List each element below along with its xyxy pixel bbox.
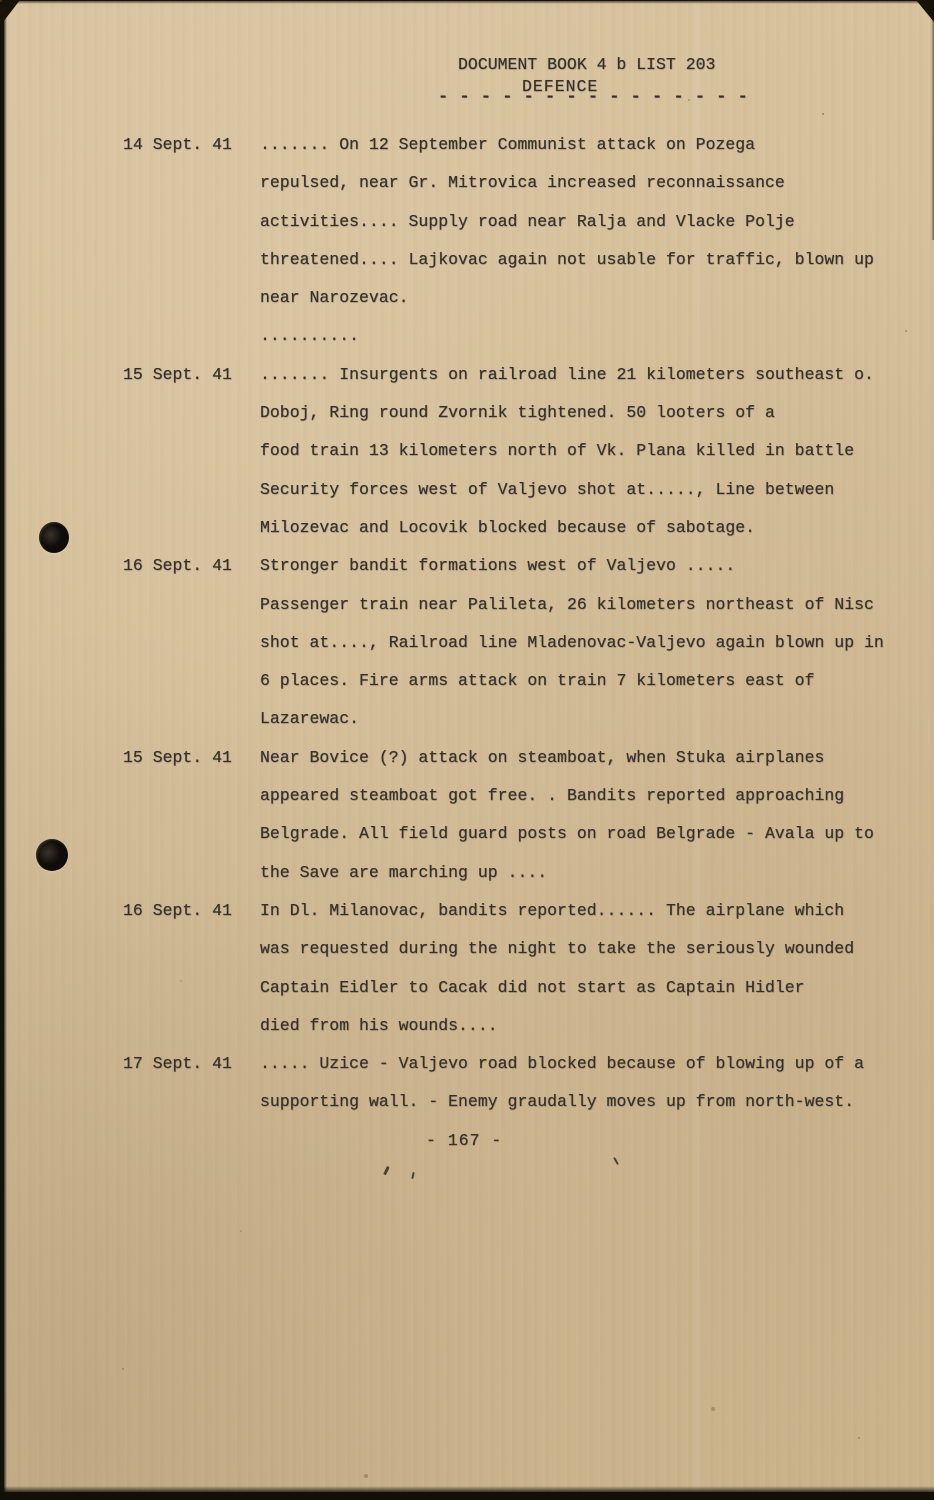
entry-line: supporting wall. - Enemy graudally moves…: [260, 1083, 920, 1121]
entry-line: Milozevac and Locovik blocked because of…: [260, 509, 920, 547]
entry-line: repulsed, near Gr. Mitrovica increased r…: [260, 164, 920, 202]
log-entry: 16 Sept. 41 In Dl. Milanovac, bandits re…: [260, 892, 920, 1045]
entry-line: ..........: [260, 317, 920, 355]
entry-date: 16 Sept. 41: [123, 892, 232, 930]
entry-lines: ....... On 12 September Communist attack…: [260, 126, 920, 356]
entry-line: Passenger train near Palileta, 26 kilome…: [260, 586, 920, 624]
entry-line: ....... Insurgents on railroad line 21 k…: [260, 356, 920, 394]
scan-edge-top: [0, 0, 934, 4]
header-separator: - - - - - - - - - - - - - - -: [438, 88, 748, 107]
entry-line: died from his wounds....: [260, 1007, 920, 1045]
entry-line: activities.... Supply road near Ralja an…: [260, 203, 920, 241]
entry-line: was requested during the night to take t…: [260, 930, 920, 968]
log-entry: 16 Sept. 41 Stronger bandit formations w…: [260, 547, 920, 738]
entry-line: Stronger bandit formations west of Valje…: [260, 547, 920, 585]
entry-line: Belgrade. All field guard posts on road …: [260, 815, 920, 853]
paper-texture: [0, 0, 2, 2]
log-entry: 17 Sept. 41 ..... Uzice - Valjevo road b…: [260, 1045, 920, 1122]
entry-date: 15 Sept. 41: [123, 356, 232, 394]
punch-hole: [36, 839, 68, 871]
entry-line: Doboj, Ring round Zvornik tightened. 50 …: [260, 394, 920, 432]
entry-line: food train 13 kilometers north of Vk. Pl…: [260, 432, 920, 470]
entry-lines: ..... Uzice - Valjevo road blocked becau…: [260, 1045, 920, 1122]
entry-line: Near Bovice (?) attack on steamboat, whe…: [260, 739, 920, 777]
entry-line: appeared steamboat got free. . Bandits r…: [260, 777, 920, 815]
entry-line: Security forces west of Valjevo shot at.…: [260, 471, 920, 509]
entry-lines: Near Bovice (?) attack on steamboat, whe…: [260, 739, 920, 892]
scan-edge-bottom: [0, 1486, 934, 1500]
entry-date: 17 Sept. 41: [123, 1045, 232, 1083]
entry-line: near Narozevac.: [260, 279, 920, 317]
log-entries: 14 Sept. 41 ....... On 12 September Comm…: [260, 126, 920, 1122]
entry-line: 6 places. Fire arms attack on train 7 ki…: [260, 662, 920, 700]
scan-edge-left: [0, 0, 7, 1500]
entry-date: 16 Sept. 41: [123, 547, 232, 585]
entry-lines: ....... Insurgents on railroad line 21 k…: [260, 356, 920, 547]
log-entry: 14 Sept. 41 ....... On 12 September Comm…: [260, 126, 920, 356]
punch-hole: [39, 522, 69, 553]
entry-line: the Save are marching up ....: [260, 854, 920, 892]
entry-date: 14 Sept. 41: [123, 126, 232, 164]
entry-lines: Stronger bandit formations west of Valje…: [260, 547, 920, 738]
page-number: - 167 -: [426, 1131, 502, 1150]
entry-line: ..... Uzice - Valjevo road blocked becau…: [260, 1045, 920, 1083]
entry-line: In Dl. Milanovac, bandits reported......…: [260, 892, 920, 930]
entry-lines: In Dl. Milanovac, bandits reported......…: [260, 892, 920, 1045]
entry-line: Captain Eidler to Cacak did not start as…: [260, 969, 920, 1007]
scan-corner-top-left: [0, 0, 20, 26]
log-entry: 15 Sept. 41 ....... Insurgents on railro…: [260, 356, 920, 547]
log-entry: 15 Sept. 41 Near Bovice (?) attack on st…: [260, 739, 920, 892]
entry-line: threatened.... Lajkovac again not usable…: [260, 241, 920, 279]
document-title: DOCUMENT BOOK 4 b LIST 203: [458, 55, 715, 74]
entry-line: Lazarewac.: [260, 700, 920, 738]
entry-line: shot at...., Railroad line Mladenovac-Va…: [260, 624, 920, 662]
entry-line: ....... On 12 September Communist attack…: [260, 126, 920, 164]
entry-date: 15 Sept. 41: [123, 739, 232, 777]
